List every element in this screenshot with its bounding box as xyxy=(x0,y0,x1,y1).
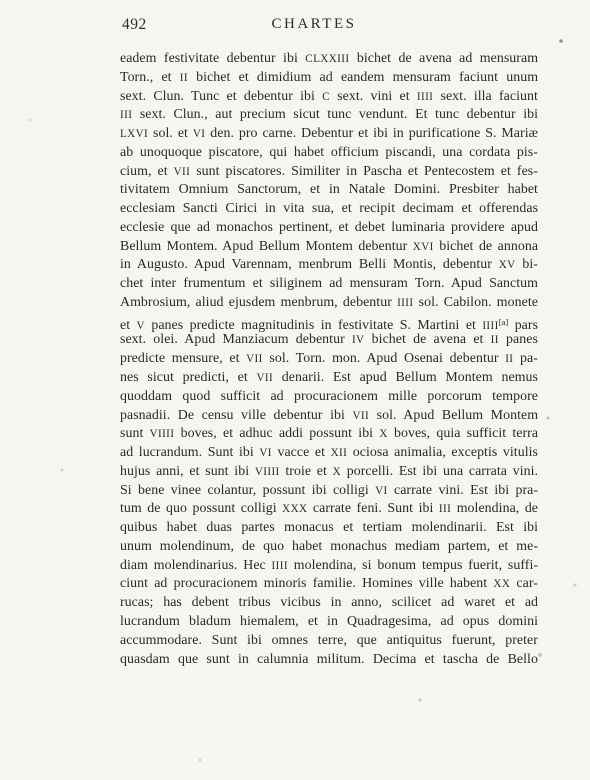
roman-numeral: XXX xyxy=(282,503,307,515)
text-line: et V panes predicte magnitudinis in fest… xyxy=(120,313,538,332)
text-line: chet inter frumentum et siliginem ad men… xyxy=(120,275,538,294)
text-line: predicte mensure, et VII sol. Torn. mon.… xyxy=(120,350,538,369)
roman-numeral: XX xyxy=(493,578,510,590)
text-line: Si bene vinee colantur, possunt ibi coll… xyxy=(120,482,538,501)
page-body: eadem festivitate debentur ibi CLXXIII b… xyxy=(120,50,538,669)
text-line: quasdam que sunt in calumnia militum. De… xyxy=(120,651,538,670)
roman-numeral: CLXXIII xyxy=(305,53,349,65)
text-line: LXVI sol. et VI den. pro carne. Debentur… xyxy=(120,125,538,144)
roman-numeral: XVI xyxy=(413,241,434,253)
roman-numeral: XV xyxy=(499,259,516,271)
text-line: ab unoquoque piscatore, qui habet offici… xyxy=(120,144,538,163)
roman-numeral: VI xyxy=(375,485,388,497)
roman-numeral: VI xyxy=(259,447,272,459)
roman-numeral: VI xyxy=(193,128,206,140)
roman-numeral: II xyxy=(491,334,499,346)
roman-numeral: IIII xyxy=(272,560,288,572)
roman-numeral: III xyxy=(120,109,132,121)
text-line: pasnadii. De censu ville debentur ibi VI… xyxy=(120,407,538,426)
text-line: in Augusto. Apud Varennam, menbrum Belli… xyxy=(120,256,538,275)
text-line: accummodare. Sunt ibi omnes terre, que a… xyxy=(120,632,538,651)
running-title: CHARTES xyxy=(120,16,508,33)
scanned-book-page: 492 CHARTES eadem festivitate debentur i… xyxy=(0,0,590,780)
text-line: tivitatem Omnium Sanctorum, et in Natale… xyxy=(120,181,538,200)
text-line: lucrandum bladum hiemalem, et in Quadrag… xyxy=(120,613,538,632)
text-line: quibus habet duas partes monacus et tert… xyxy=(120,519,538,538)
text-line: quoddam quod sufficit ad procuracionem m… xyxy=(120,388,538,407)
roman-numeral: IIII xyxy=(397,297,413,309)
roman-numeral: VIIII xyxy=(150,428,175,440)
text-line: tum de quo possunt colligi XXX carrate f… xyxy=(120,500,538,519)
roman-numeral: VIIII xyxy=(255,466,280,478)
text-line: hujus anni, et sunt ibi VIIII troie et X… xyxy=(120,463,538,482)
page-header: 492 CHARTES xyxy=(120,16,538,36)
text-line: Bellum Montem. Apud Bellum Montem debent… xyxy=(120,238,538,257)
text-line: ecclesiam Sancti Cirici in vita sua, et … xyxy=(120,200,538,219)
roman-numeral: VII xyxy=(256,372,273,384)
text-line: rucas; has debent tribus vicibus in anno… xyxy=(120,594,538,613)
superscript-note: [a] xyxy=(499,317,509,327)
roman-numeral: VII xyxy=(174,166,191,178)
roman-numeral: IIII xyxy=(417,91,433,103)
roman-numeral: VII xyxy=(246,353,263,365)
text-line: Torn., et II bichet et dimidium ad eande… xyxy=(120,69,538,88)
roman-numeral: V xyxy=(137,320,145,332)
text-line: sunt VIIII boves, et adhuc addi possunt … xyxy=(120,425,538,444)
text-line: diam molendinarius. Hec IIII molendina, … xyxy=(120,557,538,576)
text-line: ecclesie que ad monachos pertinent, et d… xyxy=(120,219,538,238)
roman-numeral: X xyxy=(333,466,341,478)
text-line: ciunt ad procuracionem minoris familie. … xyxy=(120,575,538,594)
text-line: ad lucrandum. Sunt ibi VI vacce et XII o… xyxy=(120,444,538,463)
text-line: unum molendinum, de quo habet monachus m… xyxy=(120,538,538,557)
roman-numeral: IIII xyxy=(482,320,498,332)
text-line: eadem festivitate debentur ibi CLXXIII b… xyxy=(120,50,538,69)
text-line: sext. Clun. Tunc et debentur ibi C sext.… xyxy=(120,88,538,107)
text-line: cium, et VII sunt piscatores. Similiter … xyxy=(120,163,538,182)
roman-numeral: LXVI xyxy=(120,128,148,140)
text-line: Ambrosium, aliud ejusdem menbrum, debent… xyxy=(120,294,538,313)
roman-numeral: IV xyxy=(352,334,365,346)
text-line: sext. olei. Apud Manziacum debentur IV b… xyxy=(120,331,538,350)
roman-numeral: III xyxy=(439,503,451,515)
roman-numeral: X xyxy=(379,428,387,440)
roman-numeral: C xyxy=(322,91,330,103)
roman-numeral: VII xyxy=(352,410,369,422)
roman-numeral: II xyxy=(180,72,188,84)
text-line: nes sicut predicti, et VII denarii. Est … xyxy=(120,369,538,388)
text-line: III sext. Clun., aut precium sicut tunc … xyxy=(120,106,538,125)
roman-numeral: XII xyxy=(331,447,348,459)
roman-numeral: II xyxy=(505,353,513,365)
